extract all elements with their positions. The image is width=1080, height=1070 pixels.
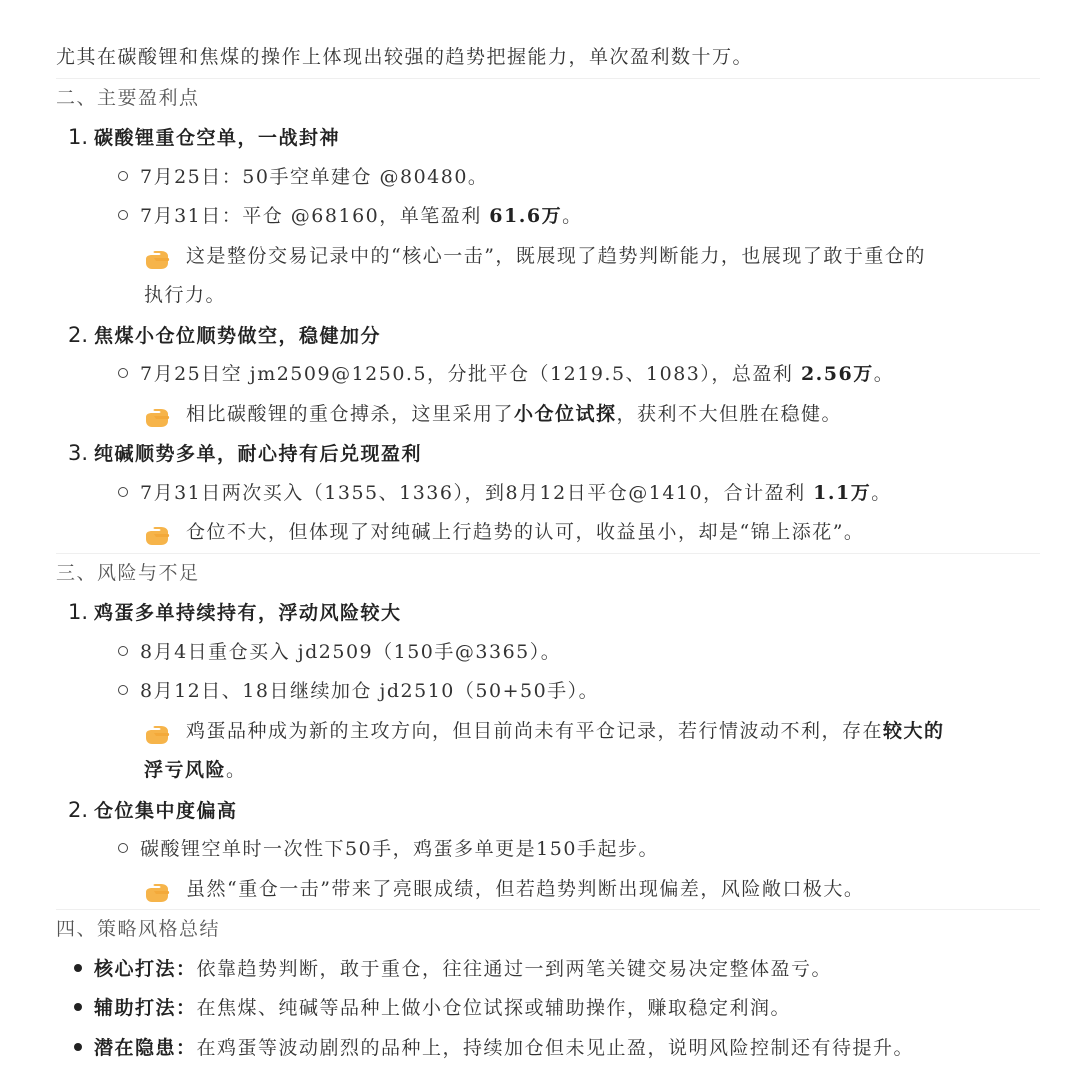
emphasis-text: 较大的 [883,720,945,742]
circle-bullet-icon [118,646,128,656]
pointing-hand-icon [144,521,170,541]
circle-bullet-icon [118,685,128,695]
note-line-continued: 执行力。 [56,276,1040,316]
circle-bullet-icon [118,487,128,497]
sub-list-item: 7月25日：50手空单建仓 @80480。 [56,158,1040,198]
bullet-label: 辅助打法： [94,997,197,1019]
list-number: 3. [68,441,88,465]
circle-bullet-icon [118,368,128,378]
pointing-hand-icon [144,878,170,898]
list-item-title: 2.焦煤小仓位顺势做空，稳健加分 [56,316,1040,356]
dot-bullet-icon [74,1043,82,1051]
note-line-continued: 浮亏风险。 [56,751,1040,791]
note-line: 这是整份交易记录中的“核心一击”，既展现了趋势判断能力，也展现了敢于重仓的 [56,237,1040,277]
note-line: 虽然“重仓一击”带来了亮眼成绩，但若趋势判断出现偏差，风险敞口极大。 [56,870,1040,910]
sub-list-item: 碳酸锂空单时一次性下50手，鸡蛋多单更是150手起步。 [56,830,1040,870]
list-item-title: 1.鸡蛋多单持续持有，浮动风险较大 [56,593,1040,633]
note-line: 仓位不大，但体现了对纯碱上行趋势的认可，收益虽小，却是“锦上添花”。 [56,513,1040,553]
dot-bullet-icon [74,1003,82,1011]
summary-bullet: 辅助打法：在焦煤、纯碱等品种上做小仓位试探或辅助操作，赚取稳定利润。 [56,989,1040,1029]
profit-value: 2.56万 [801,363,874,385]
sub-list-item: 8月12日、18日继续加仓 jd2510（50+50手）。 [56,672,1040,712]
intro-paragraph: 尤其在碳酸锂和焦煤的操作上体现出较强的趋势把握能力，单次盈利数十万。 [56,38,1040,78]
list-item-title: 1.碳酸锂重仓空单，一战封神 [56,118,1040,158]
bullet-label: 核心打法： [94,958,197,980]
profit-value: 1.1万 [813,482,871,504]
summary-bullet: 核心打法：依靠趋势判断，敢于重仓，往往通过一到两笔关键交易决定整体盈亏。 [56,950,1040,990]
sub-list-item: 7月31日两次买入（1355、1336），到8月12日平仓@1410，合计盈利 … [56,474,1040,514]
profit-value: 61.6万 [489,205,562,227]
item-title: 焦煤小仓位顺势做空，稳健加分 [94,325,381,347]
section-heading-risks: 三、风险与不足 [56,554,1040,594]
section-heading-strategy-summary: 四、策略风格总结 [56,910,1040,950]
item-title: 仓位集中度偏高 [94,800,238,822]
sub-list-item: 7月31日：平仓 @68160，单笔盈利 61.6万。 [56,197,1040,237]
list-number: 1. [68,125,88,149]
list-item-title: 2.仓位集中度偏高 [56,791,1040,831]
bullet-label: 潜在隐患： [94,1037,197,1059]
list-number: 2. [68,798,88,822]
item-title: 纯碱顺势多单，耐心持有后兑现盈利 [94,443,422,465]
summary-bullet: 潜在隐患：在鸡蛋等波动剧烈的品种上，持续加仓但未见止盈，说明风险控制还有待提升。 [56,1029,1040,1069]
item-title: 鸡蛋多单持续持有，浮动风险较大 [94,602,402,624]
sub-list-item: 8月4日重仓买入 jd2509（150手@3365）。 [56,633,1040,673]
emphasis-text: 小仓位试探 [514,403,617,425]
item-title: 碳酸锂重仓空单，一战封神 [94,127,340,149]
list-item-title: 3.纯碱顺势多单，耐心持有后兑现盈利 [56,434,1040,474]
pointing-hand-icon [144,245,170,265]
circle-bullet-icon [118,210,128,220]
list-number: 2. [68,323,88,347]
note-line: 鸡蛋品种成为新的主攻方向，但目前尚未有平仓记录，若行情波动不利，存在较大的 [56,712,1040,752]
section-heading-profit-points: 二、主要盈利点 [56,79,1040,119]
document-body: 尤其在碳酸锂和焦煤的操作上体现出较强的趋势把握能力，单次盈利数十万。 二、主要盈… [56,38,1040,1068]
emphasis-text: 浮亏风险 [144,759,226,781]
circle-bullet-icon [118,171,128,181]
note-line: 相比碳酸锂的重仓搏杀，这里采用了小仓位试探，获利不大但胜在稳健。 [56,395,1040,435]
circle-bullet-icon [118,843,128,853]
pointing-hand-icon [144,720,170,740]
pointing-hand-icon [144,403,170,423]
list-number: 1. [68,600,88,624]
dot-bullet-icon [74,964,82,972]
sub-list-item: 7月25日空 jm2509@1250.5，分批平仓（1219.5、1083），总… [56,355,1040,395]
